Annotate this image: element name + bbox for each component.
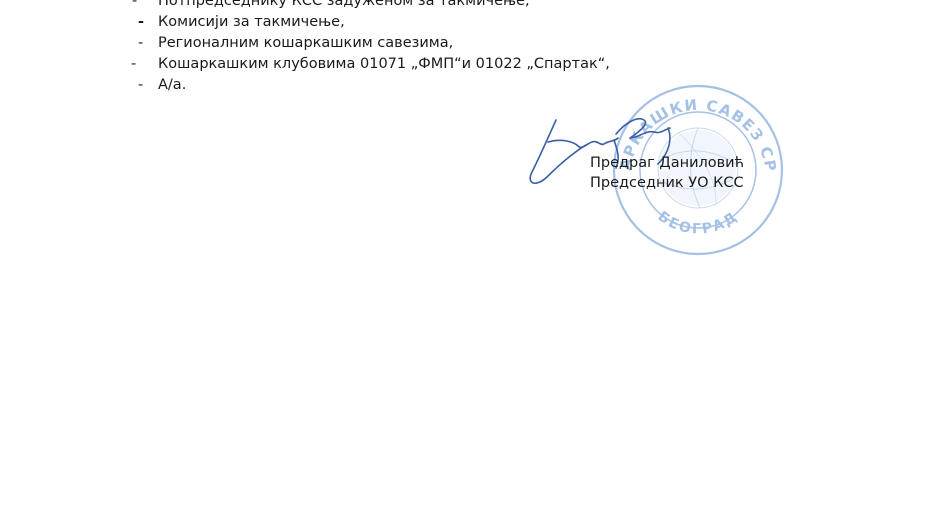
document-page: - Потпредседнику КСС задуженом за такмич… <box>0 0 930 525</box>
list-item-text: Комисији за такмичење, <box>158 12 345 33</box>
list-bullet: - <box>138 33 143 54</box>
list-item-text: А/а. <box>158 75 186 96</box>
signatory-title: Председник УО КСС <box>590 173 744 193</box>
svg-text:БЕОГРАД: БЕОГРАД <box>655 208 742 237</box>
list-item-text: Кошаркашким клубовима 01071 „ФМП“и 01022… <box>158 54 610 75</box>
signatory-name: Предраг Даниловић <box>590 153 744 173</box>
list-item-text: Потпредседнику КСС задуженом за такмичењ… <box>158 0 530 12</box>
list-bullet: - <box>138 75 143 96</box>
list-item-text: Регионалним кошаркашким савезима, <box>158 33 453 54</box>
list-bullet: - <box>131 54 136 75</box>
list-bullet: - <box>138 12 144 33</box>
signature-block: Предраг Даниловић Председник УО КСС <box>590 153 744 193</box>
list-bullet: - <box>132 0 137 12</box>
